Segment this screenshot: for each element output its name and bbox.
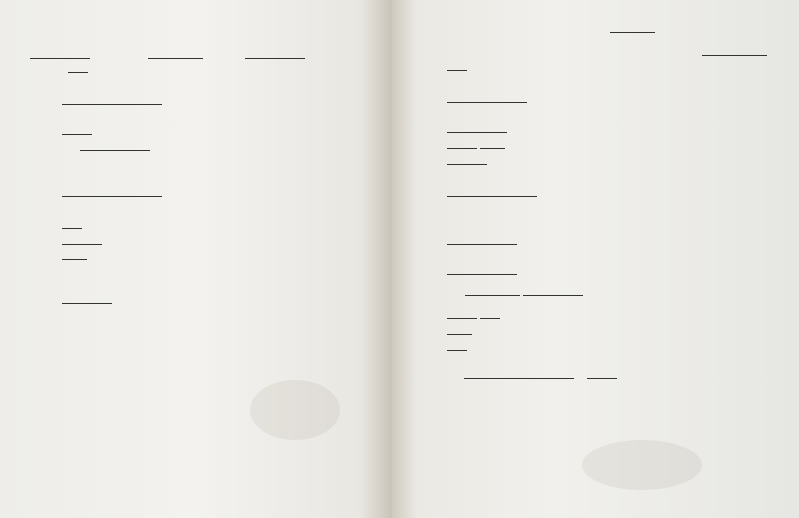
text-line xyxy=(447,158,487,169)
text-line xyxy=(447,96,527,107)
text-line xyxy=(80,144,150,155)
text-line xyxy=(447,328,472,339)
text-line xyxy=(447,126,507,137)
record-number xyxy=(450,14,454,29)
text-line xyxy=(447,268,517,279)
paper-stain xyxy=(582,440,702,490)
text-line xyxy=(447,142,505,153)
rule xyxy=(702,55,767,56)
text-line xyxy=(62,367,92,378)
text-line xyxy=(62,98,162,109)
text-line xyxy=(447,312,500,323)
rule xyxy=(148,58,203,59)
text-line xyxy=(465,286,583,301)
text-line xyxy=(62,128,92,139)
left-page xyxy=(0,0,392,518)
rule xyxy=(30,58,90,59)
record-number xyxy=(34,16,38,31)
text-line xyxy=(62,297,112,308)
text-line xyxy=(444,372,617,383)
text-line xyxy=(68,66,88,77)
text-line xyxy=(62,238,102,249)
rule xyxy=(245,58,305,59)
rule xyxy=(610,32,655,33)
text-line xyxy=(447,344,467,355)
text-line xyxy=(62,190,202,201)
text-line xyxy=(62,222,82,233)
text-line xyxy=(62,253,87,264)
paper-stain xyxy=(250,380,340,440)
right-page xyxy=(392,0,799,518)
text-line xyxy=(447,64,467,75)
text-line xyxy=(447,190,587,201)
text-line xyxy=(447,253,472,264)
open-register-book xyxy=(0,0,799,518)
text-line xyxy=(447,238,517,249)
